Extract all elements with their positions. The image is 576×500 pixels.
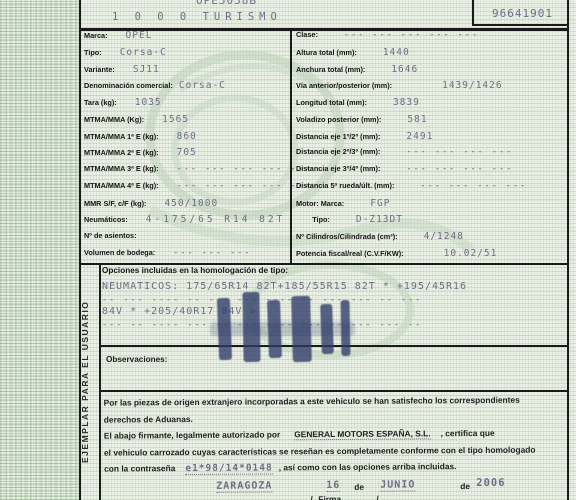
field-label: Marca: bbox=[84, 31, 108, 40]
field-value: 1035 bbox=[135, 97, 162, 108]
date-particle-1: de bbox=[354, 481, 364, 491]
field-row: Voladizo posterior (mm):581 bbox=[296, 114, 568, 129]
field-label: MTMA/MMA (Kg): bbox=[84, 115, 144, 124]
spec-right-column: Clase:--- --- --- --- ---Altura total (m… bbox=[296, 30, 568, 263]
field-value: 2491 bbox=[406, 131, 433, 142]
field-row: MTMA/MMA (Kg):1565 bbox=[84, 114, 290, 129]
field-label: Altura total (mm): bbox=[296, 48, 357, 57]
field-value: --- --- --- --- bbox=[406, 147, 513, 157]
field-row: Tipo:D-Z13DT bbox=[296, 214, 568, 229]
column-divider bbox=[290, 31, 292, 263]
options-title: Opciones incluidas en la homologación de… bbox=[102, 266, 566, 275]
field-value: 1439/1426 bbox=[442, 80, 502, 91]
vehicle-class-code: 1 0 0 0 TURISMO bbox=[112, 11, 282, 23]
field-label: Longitud total (mm): bbox=[296, 98, 367, 107]
field-value: FGP bbox=[370, 198, 390, 209]
field-row: Vía anterior/posterior (mm):1439/1426 bbox=[296, 80, 568, 95]
field-value: 450/1000 bbox=[164, 198, 218, 209]
field-value: OPEL bbox=[126, 30, 153, 41]
options-bottom-line bbox=[99, 345, 569, 347]
field-label: Clase: bbox=[296, 30, 318, 39]
field-label: Denominación comercial: bbox=[84, 81, 173, 90]
field-value: --- --- --- --- bbox=[420, 181, 527, 191]
field-value: 3839 bbox=[393, 97, 420, 108]
field-value: 1440 bbox=[383, 47, 410, 58]
cert-line2: derechos de Aduanas. bbox=[104, 411, 566, 424]
copy-type-vertical-label: EJEMPLAR PARA EL USUARIO bbox=[80, 266, 97, 498]
field-label: Distancia eje 1º/2º (mm): bbox=[296, 132, 380, 141]
field-row: Tara (kg):1035 bbox=[84, 97, 290, 112]
options-dash-line1: -- --- ---- -- --- --- ---- -- --- --- -… bbox=[102, 295, 566, 305]
field-row: Nº de asientos: bbox=[84, 231, 290, 246]
ink-stamp-mark bbox=[267, 300, 282, 358]
field-label: Distancia eje 2º/3º (mm): bbox=[296, 147, 380, 156]
ink-stamp-mark bbox=[341, 300, 351, 356]
date-particle-2: de bbox=[460, 481, 470, 491]
options-tyres-line1: NEUMATICOS: 175/65R14 82T+185/55R15 82T … bbox=[102, 281, 566, 292]
document-serial-number: 96641901 bbox=[492, 7, 553, 20]
field-value: SJ11 bbox=[133, 64, 160, 75]
field-label: Neumáticos: bbox=[84, 215, 128, 224]
cert-line4: el vehiculo carrozado cuyas característi… bbox=[104, 444, 566, 457]
field-value: 4/1248 bbox=[424, 231, 464, 242]
field-row: Distancia 5ª rueda/últ. (mm):--- --- ---… bbox=[296, 181, 568, 196]
ink-stamp-mark bbox=[217, 298, 232, 360]
field-label: Potencia fiscal/real (C.V.F/KW): bbox=[296, 249, 404, 258]
field-row: Nº Cilindros/Cilindrada (cm³):4/1248 bbox=[296, 231, 568, 246]
field-value: 4-175/65 R14 82T bbox=[146, 214, 286, 225]
field-value: 705 bbox=[177, 147, 197, 158]
field-value: --- --- --- --- --- bbox=[344, 30, 479, 40]
field-label: Distancia eje 3º/4º (mm): bbox=[296, 164, 380, 173]
field-label: Tipo: bbox=[296, 215, 330, 224]
field-value: --- --- --- --- --- bbox=[177, 164, 312, 174]
field-value: --- --- --- --- --- bbox=[177, 181, 312, 191]
header-partial-code: OPE5058B bbox=[196, 0, 257, 7]
field-row: MTMA/MMA 4ª E (kg):--- --- --- --- --- bbox=[84, 181, 290, 196]
field-label: Nº de asientos: bbox=[84, 231, 137, 240]
serial-cell-bottom-line bbox=[472, 24, 569, 26]
field-label: Distancia 5ª rueda/últ. (mm): bbox=[296, 181, 394, 190]
field-label: MTMA/MMA 4ª E (kg): bbox=[84, 181, 159, 190]
field-row: MTMA/MMA 2ª E (kg):705 bbox=[84, 147, 290, 162]
field-value: 1646 bbox=[391, 64, 418, 75]
field-value: Corsa-C bbox=[120, 47, 167, 58]
field-row: Altura total (mm):1440 bbox=[296, 47, 568, 62]
field-value: 10.02/51 bbox=[444, 248, 498, 259]
field-row: Clase:--- --- --- --- --- bbox=[296, 30, 568, 45]
field-label: Anchura total (mm): bbox=[296, 65, 365, 74]
field-value: 581 bbox=[407, 114, 427, 125]
cert-line3-post: , certifica que bbox=[441, 428, 495, 438]
cert-line3-pre: El abajo firmante, legalmente autorizado… bbox=[104, 429, 280, 440]
field-row: Distancia eje 3º/4º (mm):--- --- --- --- bbox=[296, 164, 568, 179]
field-label: Volumen de bodega: bbox=[84, 248, 155, 257]
spec-left-column: Marca:OPELTipo:Corsa-CVariante:SJ11Denom… bbox=[84, 30, 290, 263]
serial-cell-divider bbox=[472, 0, 474, 26]
field-label: Vía anterior/posterior (mm): bbox=[296, 81, 392, 90]
signature-slash: / bbox=[376, 493, 378, 500]
signature-slash: / bbox=[310, 494, 312, 500]
field-row: Neumáticos:4-175/65 R14 82T bbox=[84, 214, 290, 229]
type-approval-code: e1*98/14*0148 bbox=[185, 462, 272, 475]
field-value: Corsa-C bbox=[179, 80, 226, 91]
manufacturer-name: GENERAL MOTORS ESPAÑA, S.L. bbox=[294, 428, 430, 440]
field-row: Denominación comercial:Corsa-C bbox=[84, 80, 290, 95]
spec-section-bottom-line bbox=[79, 263, 569, 265]
field-label: MMR S/F, c/F (kg): bbox=[84, 199, 146, 208]
homologation-options-section: Opciones incluidas en la homologación de… bbox=[102, 266, 566, 330]
field-value: D-Z13DT bbox=[356, 214, 403, 225]
field-row: Volumen de bodega:--- --- --- bbox=[84, 248, 290, 263]
observations-bottom-line bbox=[99, 390, 569, 392]
vehicle-technical-card: OPE5058B 1 0 0 0 TURISMO 96641901 EJEMPL… bbox=[0, 0, 576, 500]
field-label: MTMA/MMA 2ª E (kg): bbox=[84, 148, 159, 157]
certification-section: Por las piezas de origen extranjero inco… bbox=[104, 394, 567, 500]
field-label: Motor: Marca: bbox=[296, 199, 344, 208]
options-tyres-line2: 84V * +205/40R17 84V » bbox=[102, 306, 566, 317]
cert-line5-pre: con la contraseña bbox=[104, 463, 175, 473]
signature-label: Firma, bbox=[318, 493, 343, 500]
ink-stamp-smear bbox=[210, 322, 355, 336]
field-row: Tipo:Corsa-C bbox=[84, 47, 290, 62]
field-row: Potencia fiscal/real (C.V.F/KW):10.02/51 bbox=[296, 248, 568, 263]
cert-line3: El abajo firmante, legalmente autorizado… bbox=[104, 427, 566, 440]
ink-stamp-mark bbox=[320, 304, 334, 354]
field-row: Anchura total (mm):1646 bbox=[296, 64, 568, 79]
field-label: Nº Cilindros/Cilindrada (cm³): bbox=[296, 232, 398, 241]
issue-day: 16 bbox=[326, 479, 340, 491]
field-value: 1565 bbox=[162, 114, 189, 125]
field-label: Voladizo posterior (mm): bbox=[296, 115, 381, 124]
field-row: Variante:SJ11 bbox=[84, 64, 290, 79]
ink-stamp-mark bbox=[291, 296, 312, 362]
issue-month: JUNIO bbox=[380, 479, 415, 491]
field-row: Distancia eje 2º/3º (mm):--- --- --- --- bbox=[296, 147, 568, 162]
field-label: Tipo: bbox=[84, 48, 102, 57]
field-value: 860 bbox=[177, 131, 197, 142]
cert-line1: Por las piezas de origen extranjero inco… bbox=[104, 394, 566, 407]
field-value: --- --- --- bbox=[173, 248, 251, 258]
field-row: MMR S/F, c/F (kg):450/1000 bbox=[84, 198, 290, 213]
field-value: --- --- --- --- bbox=[406, 164, 513, 174]
field-label: Tara (kg): bbox=[84, 98, 117, 107]
field-row: Distancia eje 1º/2º (mm):2491 bbox=[296, 131, 568, 146]
field-row: Marca:OPEL bbox=[84, 30, 290, 45]
observations-label: Observaciones: bbox=[106, 355, 167, 364]
issue-year: 2006 bbox=[476, 476, 505, 488]
field-row: MTMA/MMA 3ª E (kg):--- --- --- --- --- bbox=[84, 164, 290, 179]
field-label: Variante: bbox=[84, 65, 115, 74]
field-label: MTMA/MMA 1ª E (kg): bbox=[84, 132, 159, 141]
cert-line5: con la contraseñae1*98/14*0148, así como… bbox=[104, 460, 566, 474]
issue-place: ZARAGOZA bbox=[216, 480, 272, 492]
ink-stamp-mark bbox=[242, 292, 260, 362]
field-row: Motor: Marca:FGP bbox=[296, 198, 568, 213]
inner-left-border-lower bbox=[99, 263, 101, 500]
cert-line5-post: , así como con las opciones arriba inclu… bbox=[279, 461, 457, 472]
field-row: MTMA/MMA 1ª E (kg):860 bbox=[84, 131, 290, 146]
field-label: MTMA/MMA 3ª E (kg): bbox=[84, 164, 159, 173]
field-row: Longitud total (mm):3839 bbox=[296, 97, 568, 112]
